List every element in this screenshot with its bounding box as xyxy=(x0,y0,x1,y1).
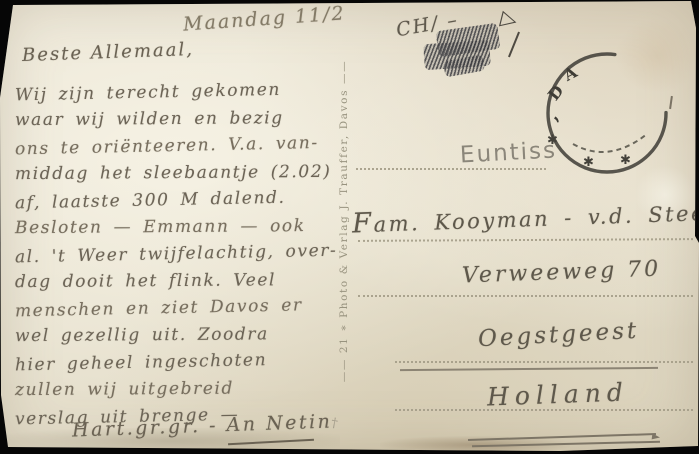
star-icon: ✱ xyxy=(547,133,558,148)
address-line-2: Verweeweg 70 xyxy=(462,257,662,289)
address-line-1: Fam. Kooyman - v.d. Steen xyxy=(352,196,699,240)
address-rule xyxy=(395,409,693,411)
postmark-stamp: D A , ✱ ✱ ✱ xyxy=(543,48,675,180)
address-rule xyxy=(395,361,693,363)
postmark-letter: A xyxy=(559,62,580,85)
greeting: Beste Allemaal, xyxy=(22,39,195,66)
address-rule xyxy=(358,238,693,242)
address-line-4: Holland xyxy=(487,378,630,412)
date-note: Maandag 11/2 xyxy=(182,2,346,35)
signature-underline xyxy=(228,439,314,445)
star-icon: ✱ xyxy=(583,155,594,170)
address-rule xyxy=(356,168,546,170)
arrow-tail xyxy=(508,32,520,58)
address-rule xyxy=(358,295,693,297)
arrow-mark: ▷ xyxy=(498,5,519,32)
publisher-imprint: —— 21 ∗ Photo & Verlag J. Trauffer, Davo… xyxy=(338,46,350,396)
postmark-comma: , xyxy=(543,108,563,124)
address-underline xyxy=(400,367,658,371)
address-line-3: Oegstgeest xyxy=(477,318,639,352)
flourish-underline xyxy=(468,433,656,441)
message-body: Wij zijn terecht gekomen waar wij wilden… xyxy=(15,82,337,433)
flourish-underline xyxy=(472,441,660,448)
postcard: Maandag 11/2 Beste Allemaal, Wij zijn te… xyxy=(0,0,699,454)
star-icon: ✱ xyxy=(620,153,631,168)
postmark-inner-arc xyxy=(573,134,647,152)
flourish-arrowhead xyxy=(652,433,661,440)
postmark-letter: D xyxy=(544,81,568,104)
